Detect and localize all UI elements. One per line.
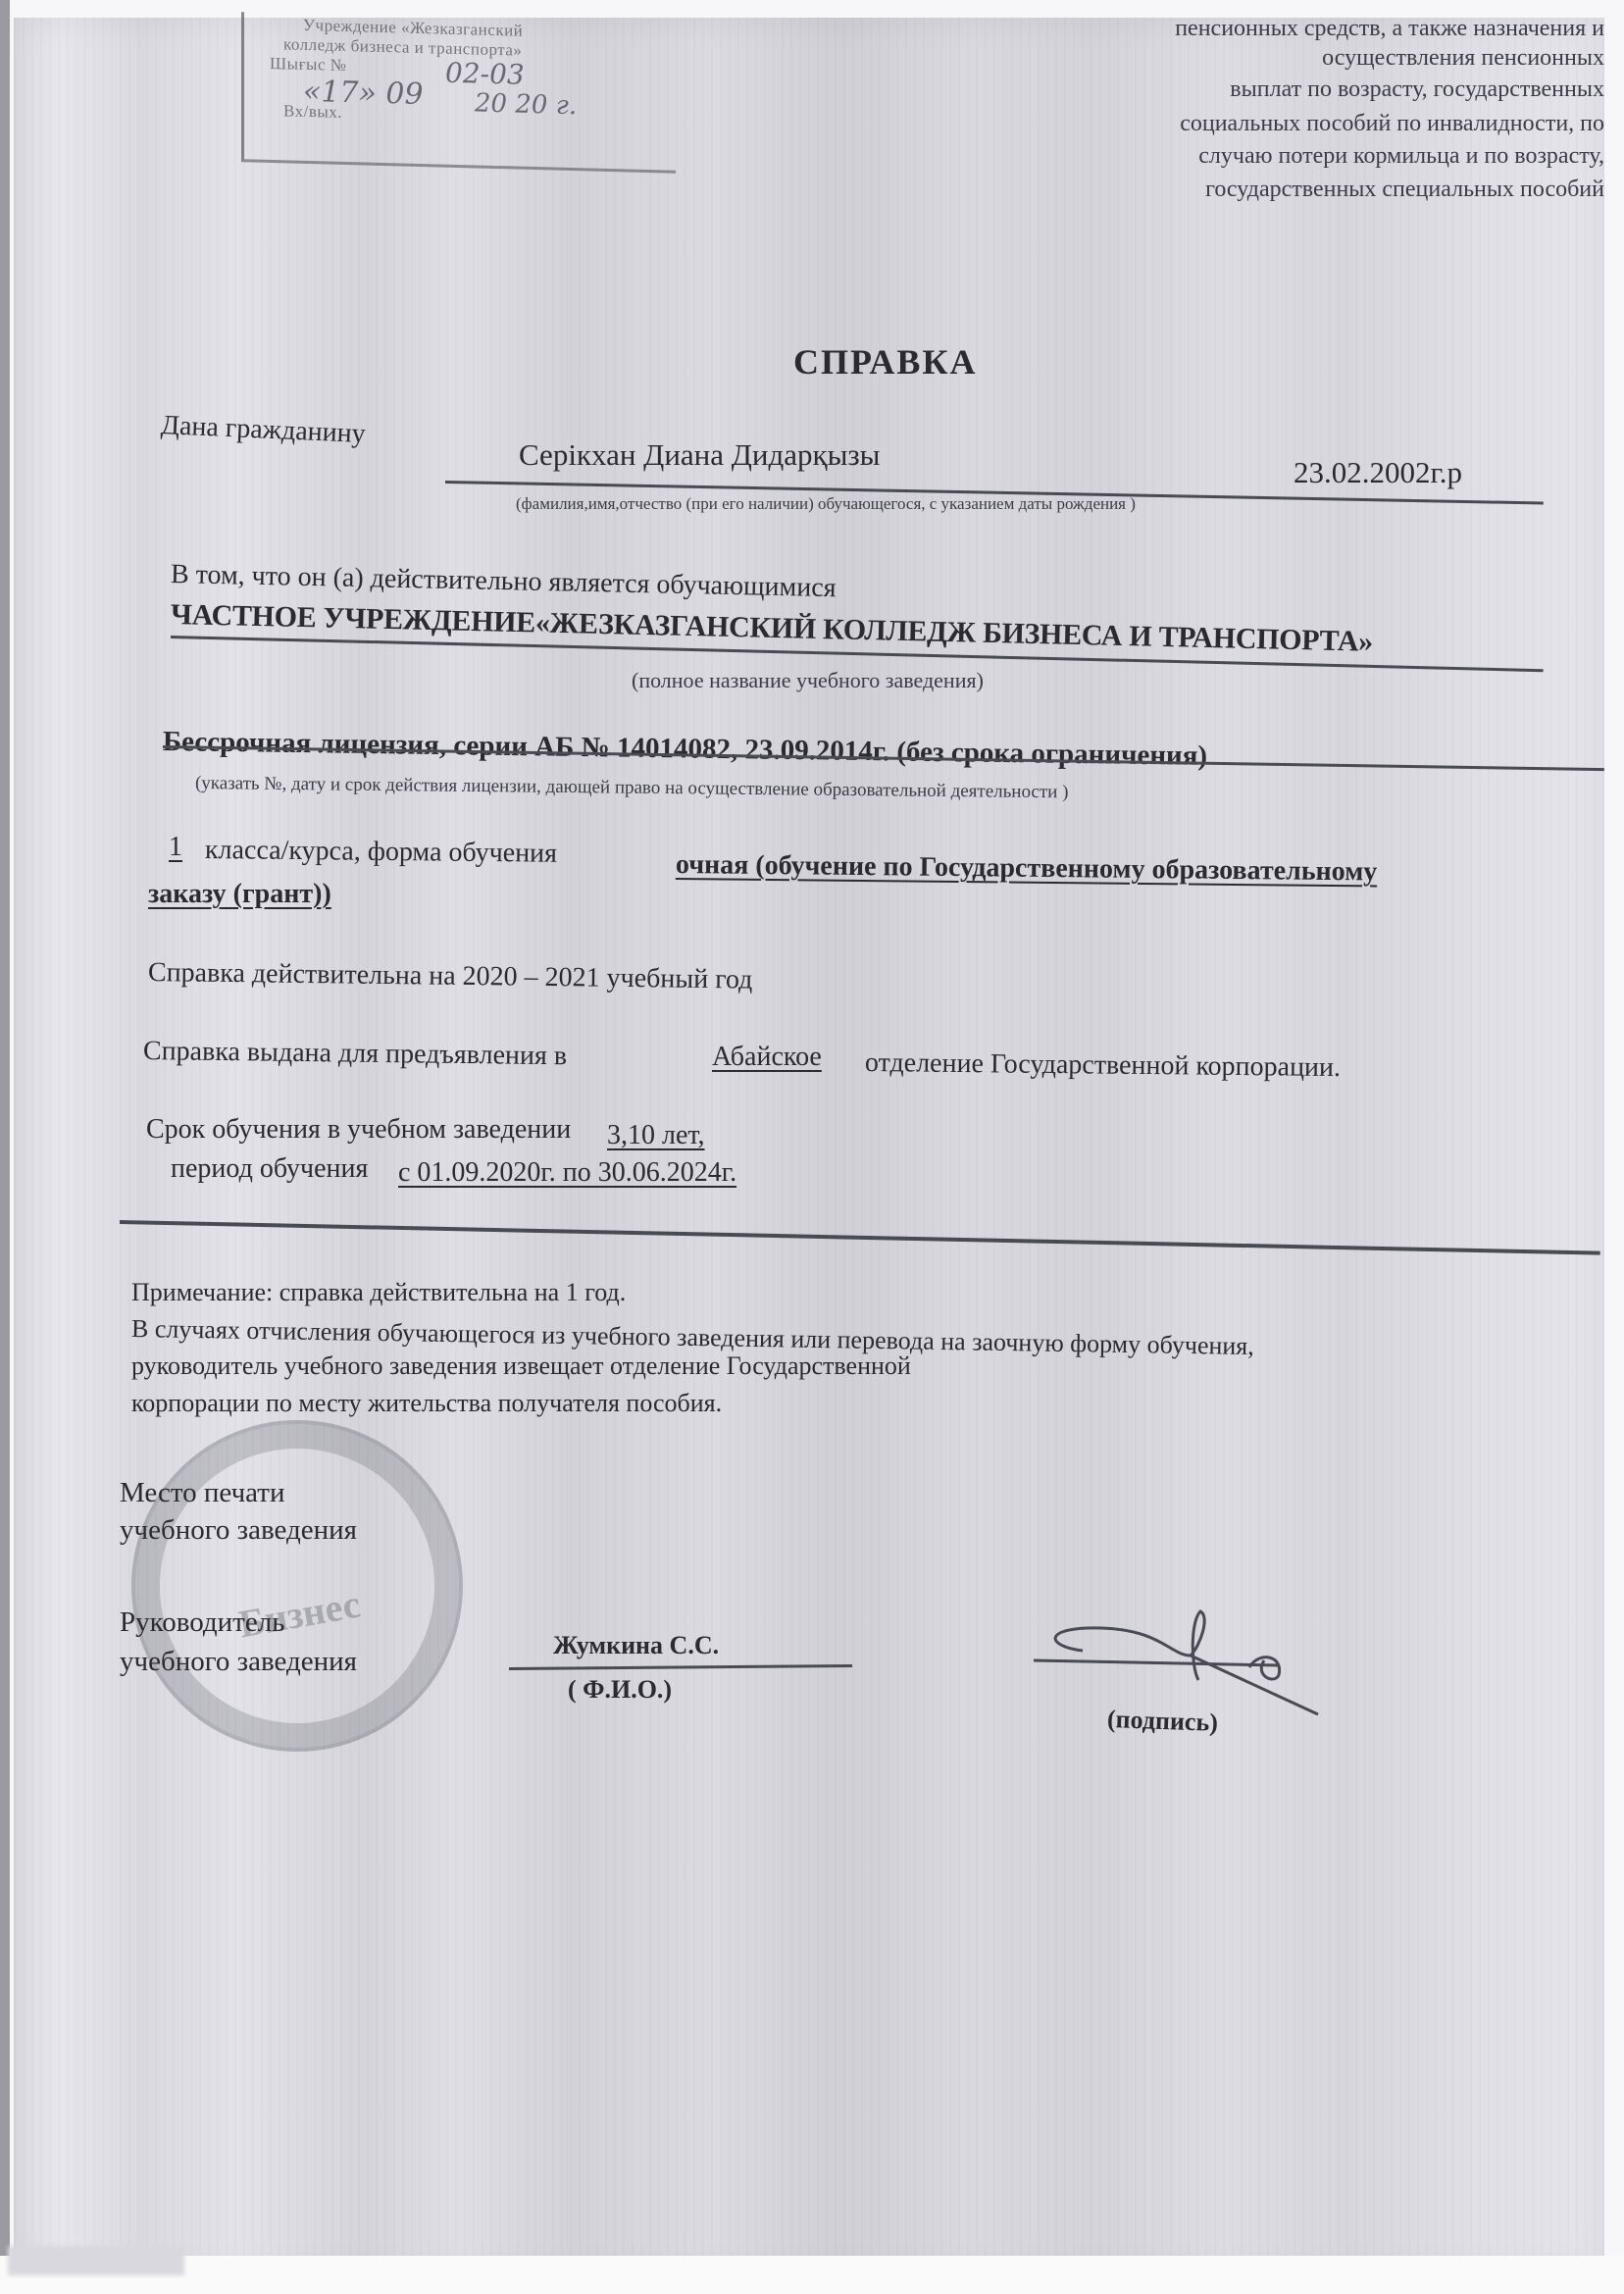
head-name-underline xyxy=(509,1664,852,1670)
header-line: пенсионных средств, а также назначения и xyxy=(1175,16,1604,42)
stamp-handwritten-year: 20 20 г. xyxy=(475,88,577,121)
note-line-3: руководитель учебного заведения извещает… xyxy=(131,1351,911,1381)
institution-seal: Бизнес xyxy=(131,1420,463,1752)
study-form-line1: очная (обучение по Государственному обра… xyxy=(676,849,1378,888)
student-name: Серікхан Диана Дидарқызы xyxy=(519,437,881,473)
header-line: осуществления пенсионных xyxy=(1322,45,1604,72)
head-name: Жумкина С.С. xyxy=(553,1631,719,1660)
stamp-handwritten-number: 02-03 xyxy=(445,57,525,91)
stamp-label-incoming: Вх/вых. xyxy=(283,101,342,123)
document-page: Учреждение «Жезказганский колледж бизнес… xyxy=(14,18,1604,2273)
study-period-label: период обучения xyxy=(171,1153,368,1185)
birth-date: 23.02.2002г.р xyxy=(1294,455,1462,490)
registration-stamp: Учреждение «Жезказганский колледж бизнес… xyxy=(241,12,676,174)
header-line: социальных пособий по инвалидности, по xyxy=(1180,111,1604,137)
valid-for-year: Справка действительна на 2020 – 2021 уче… xyxy=(148,957,753,996)
header-line: государственных специальных пособий xyxy=(1205,177,1604,203)
issued-for-prefix: Справка выдана для предъявления в xyxy=(143,1036,567,1072)
fio-caption: ( Ф.И.О.) xyxy=(568,1675,672,1705)
study-form-line2: заказу (грант)) xyxy=(148,879,331,910)
document-title: СПРАВКА xyxy=(793,341,978,382)
seal-place-label-1: Место печати xyxy=(120,1477,284,1509)
license-caption: (указать №, дату и срок действия лицензи… xyxy=(195,773,1069,803)
issued-for-branch: Абайское xyxy=(712,1042,822,1073)
scan-edge xyxy=(0,0,10,2294)
confirms-text: В том, что он (а) действительно является… xyxy=(171,559,837,604)
header-line: случаю потери кормильца и по возрасту, xyxy=(1198,143,1604,170)
course-number: 1 xyxy=(169,832,182,863)
section-divider xyxy=(120,1220,1600,1255)
issued-for-suffix: отделение Государственной корпорации. xyxy=(865,1047,1341,1084)
scan-margin xyxy=(0,2256,1624,2294)
stamp-line-3: Шығыс № xyxy=(270,54,346,76)
head-label-1: Руководитель xyxy=(120,1606,284,1639)
note-line-1: Примечание: справка действительна на 1 г… xyxy=(131,1278,626,1307)
study-term-label: Срок обучения в учебном заведении xyxy=(146,1114,571,1146)
name-caption: (фамилия,имя,отчество (при его наличии) … xyxy=(516,494,1136,514)
issued-to-label: Дана гражданину xyxy=(160,410,366,450)
study-term-value: 3,10 лет, xyxy=(607,1120,705,1151)
header-line: выплат по возрасту, государственных xyxy=(1230,76,1604,103)
head-label-2: учебного заведения xyxy=(120,1646,357,1678)
scan-smudge xyxy=(8,2246,184,2275)
study-period-value: с 01.09.2020г. по 30.06.2024г. xyxy=(398,1157,736,1189)
course-label: класса/курса, форма обучения xyxy=(205,835,557,870)
seal-place-label-2: учебного заведения xyxy=(120,1514,357,1547)
institution-caption: (полное название учебного заведения) xyxy=(632,668,984,693)
note-line-4: корпорации по месту жительства получател… xyxy=(131,1389,722,1418)
signature-caption: (подпись) xyxy=(1106,1705,1218,1738)
